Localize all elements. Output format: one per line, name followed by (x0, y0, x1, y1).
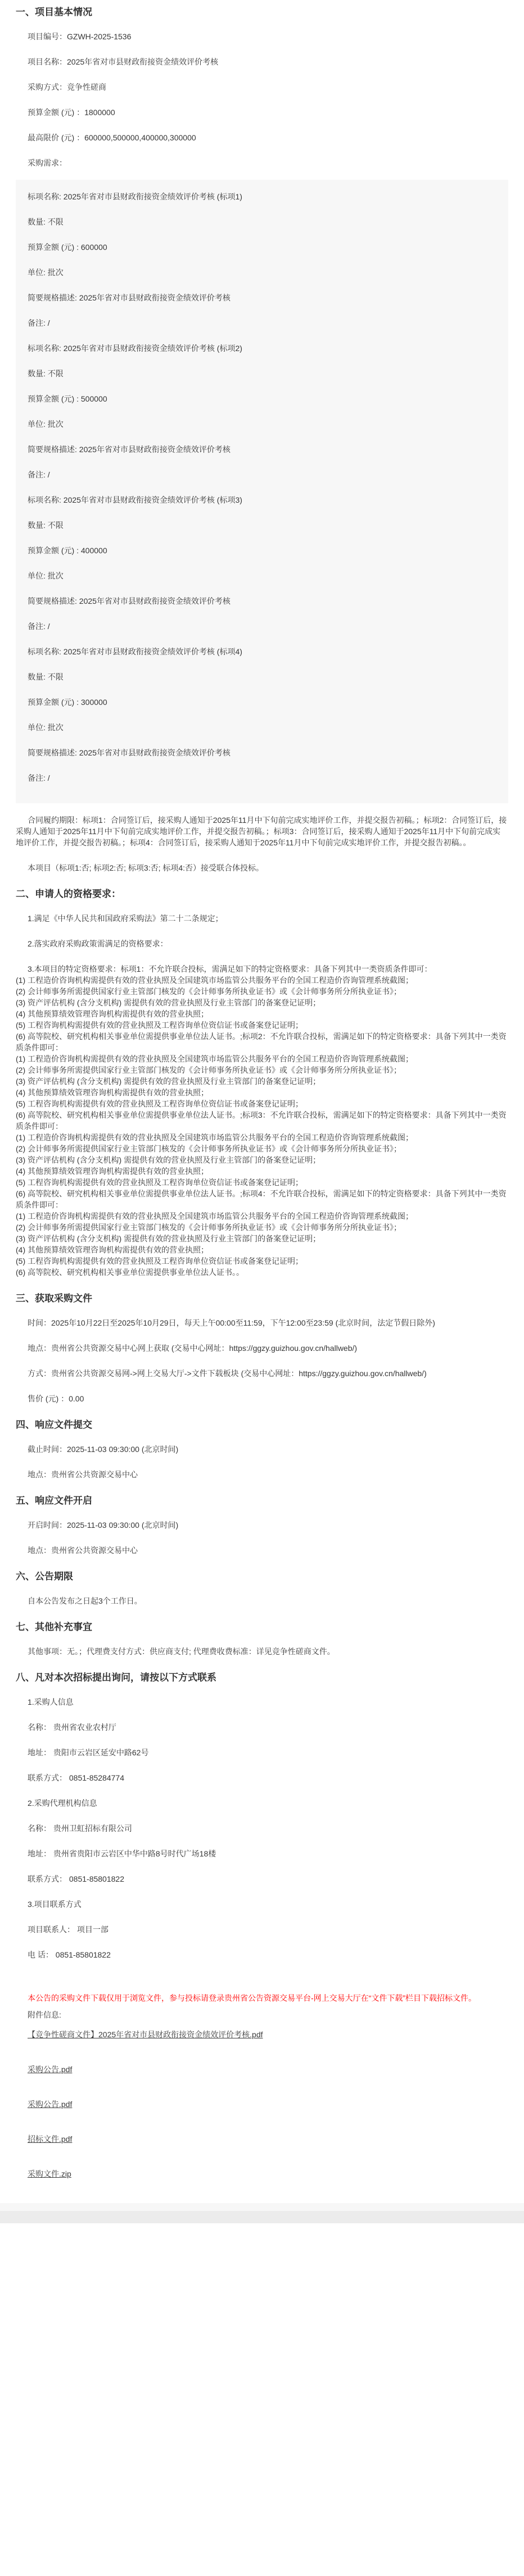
attachment-link-consultation-doc[interactable]: 【竞争性磋商文件】2025年省对市县财政衔接资金绩效评价考核.pdf (28, 2030, 263, 2039)
project-contact-label: 3.项目联系方式 (16, 1899, 508, 1910)
agent-name: 名称： 贵州卫虹招标有限公司 (16, 1823, 508, 1834)
lot-remark: 备注: / (16, 621, 508, 632)
lot-unit: 单位: 批次 (16, 267, 508, 278)
lot-remark: 备注: / (16, 772, 508, 784)
lot-block-4: 标项名称: 2025年省对市县财政衔接资金绩效评价考核 (标项4) 数量: 不限… (16, 646, 508, 784)
section-obtain-docs-heading: 三、获取采购文件 (16, 1292, 508, 1305)
obtain-time: 时间：2025年10月22日至2025年10月29日，每天上午00:00至11:… (16, 1317, 508, 1328)
agent-phone: 联系方式： 0851-85801822 (16, 1873, 508, 1885)
submission-place: 地点：贵州省公共资源交易中心 (16, 1469, 508, 1480)
obtain-place: 地点：贵州省公共资源交易中心网上获取 (交易中心网址：https://ggzy.… (16, 1342, 508, 1354)
lot-name: 标项名称: 2025年省对市县财政衔接资金绩效评价考核 (标项4) (16, 646, 508, 657)
contract-performance-period: 合同履约期限：标项1：合同签订后，接采购人通知于2025年11月中下旬前完成实地… (16, 814, 508, 848)
attachment-row: 采购公告.pdf (16, 2099, 508, 2110)
purchaser-address: 地址： 贵阳市云岩区延安中路62号 (16, 1747, 508, 1758)
obtain-method: 方式：贵州省公共资源交易网->网上交易大厅->文件下载板块 (交易中心网址：ht… (16, 1368, 508, 1379)
lot-block-2: 标项名称: 2025年省对市县财政衔接资金绩效评价考核 (标项2) 数量: 不限… (16, 343, 508, 480)
red-download-notice: 本公告的采购文件下载仅用于浏览文件，参与投标请登录贵州省公告资源交易平台-网上交… (16, 1991, 508, 2005)
announcement-period-body: 自本公告发布之日起3个工作日。 (16, 1595, 508, 1606)
lot-budget: 预算金额 (元) : 600000 (16, 242, 508, 253)
joint-bid-statement: 本项目（标项1:否; 标项2:否; 标项3:否; 标项4:否）接受联合体投标。 (16, 862, 508, 873)
attachment-row: 采购文件.zip (16, 2168, 508, 2179)
procurement-demand-label: 采购需求： (16, 157, 508, 169)
lot-quantity: 数量: 不限 (16, 368, 508, 379)
qualification-item-3: 3.本项目的特定资格要求：标项1：不允许联合投标，需满足如下的特定资格要求：具备… (16, 963, 508, 1278)
attachment-link-procurement-zip[interactable]: 采购文件.zip (28, 2169, 71, 2178)
purchaser-info-label: 1.采购人信息 (16, 1696, 508, 1708)
procurement-method: 采购方式：竞争性磋商 (16, 81, 508, 93)
max-price-limit: 最高限价 (元) ：600000,500000,400000,300000 (16, 132, 508, 143)
lot-budget: 预算金额 (元) : 500000 (16, 393, 508, 404)
project-contact-phone: 电 话： 0851-85801822 (16, 1949, 508, 1960)
section-supplementary-heading: 七、其他补充事宜 (16, 1621, 508, 1634)
lot-budget: 预算金额 (元) : 300000 (16, 697, 508, 708)
attachment-link-bidding-doc[interactable]: 招标文件.pdf (28, 2134, 72, 2143)
lots-panel: 标项名称: 2025年省对市县财政衔接资金绩效评价考核 (标项1) 数量: 不限… (16, 180, 508, 803)
lot-block-1: 标项名称: 2025年省对市县财政衔接资金绩效评价考核 (标项1) 数量: 不限… (16, 191, 508, 329)
lot-remark: 备注: / (16, 469, 508, 480)
section-submission-heading: 四、响应文件提交 (16, 1418, 508, 1432)
page-footer (0, 2203, 524, 2223)
lot-remark: 备注: / (16, 317, 508, 329)
lot-unit: 单位: 批次 (16, 418, 508, 430)
purchaser-name: 名称： 贵州省农业农村厅 (16, 1722, 508, 1733)
section-basic-heading: 一、项目基本情况 (16, 6, 508, 19)
section-contact-heading: 八、凡对本次招标提出询问，请按以下方式联系 (16, 1671, 508, 1685)
attachments-label: 附件信息: (16, 2009, 508, 2020)
budget-amount: 预算金额 (元) ：1800000 (16, 107, 508, 118)
lot-spec: 简要规格描述: 2025年省对市县财政衔接资金绩效评价考核 (16, 444, 508, 455)
lot-unit: 单位: 批次 (16, 570, 508, 581)
lot-spec: 简要规格描述: 2025年省对市县财政衔接资金绩效评价考核 (16, 595, 508, 607)
qualification-item-2: 2.落实政府采购政策需满足的资格要求： (16, 938, 508, 949)
opening-place: 地点：贵州省公共资源交易中心 (16, 1545, 508, 1556)
lot-budget: 预算金额 (元) : 400000 (16, 545, 508, 556)
lot-quantity: 数量: 不限 (16, 671, 508, 682)
attachment-row: 【竞争性磋商文件】2025年省对市县财政衔接资金绩效评价考核.pdf (16, 2029, 508, 2040)
purchaser-phone: 联系方式： 0851-85284774 (16, 1772, 508, 1783)
project-number: 项目编号：GZWH-2025-1536 (16, 31, 508, 42)
agent-address: 地址： 贵州省贵阳市云岩区中华中路8号时代广场18楼 (16, 1848, 508, 1859)
attachment-link-procurement-notice-1[interactable]: 采购公告.pdf (28, 2065, 72, 2074)
attachment-link-procurement-notice-2[interactable]: 采购公告.pdf (28, 2100, 72, 2109)
section-announcement-period-heading: 六、公告期限 (16, 1570, 508, 1583)
qualification-item-1: 1.满足《中华人民共和国政府采购法》第二十二条规定； (16, 913, 508, 924)
lot-quantity: 数量: 不限 (16, 520, 508, 531)
project-name: 项目名称：2025年省对市县财政衔接资金绩效评价考核 (16, 56, 508, 67)
submission-deadline: 截止时间：2025-11-03 09:30:00 (北京时间) (16, 1444, 508, 1455)
lot-quantity: 数量: 不限 (16, 216, 508, 227)
supplementary-body: 其他事项：无。；代理费支付方式：供应商支付; 代理费收费标准：详见竞争性磋商文件… (16, 1646, 508, 1657)
section-opening-heading: 五、响应文件开启 (16, 1494, 508, 1508)
lot-spec: 简要规格描述: 2025年省对市县财政衔接资金绩效评价考核 (16, 292, 508, 303)
attachment-row: 采购公告.pdf (16, 2064, 508, 2075)
agent-info-label: 2.采购代理机构信息 (16, 1797, 508, 1809)
lot-unit: 单位: 批次 (16, 722, 508, 733)
opening-time: 开启时间：2025-11-03 09:30:00 (北京时间) (16, 1519, 508, 1531)
project-contact-person: 项目联系人： 项目一部 (16, 1924, 508, 1935)
lot-spec: 简要规格描述: 2025年省对市县财政衔接资金绩效评价考核 (16, 747, 508, 758)
section-qualification-heading: 二、申请人的资格要求： (16, 888, 508, 901)
lot-name: 标项名称: 2025年省对市县财政衔接资金绩效评价考核 (标项1) (16, 191, 508, 202)
announcement-document: 一、项目基本情况 项目编号：GZWH-2025-1536 项目名称：2025年省… (16, 6, 508, 2223)
lot-block-3: 标项名称: 2025年省对市县财政衔接资金绩效评价考核 (标项3) 数量: 不限… (16, 494, 508, 632)
attachment-row: 招标文件.pdf (16, 2133, 508, 2145)
doc-price: 售价 (元) ：0.00 (16, 1393, 508, 1404)
lot-name: 标项名称: 2025年省对市县财政衔接资金绩效评价考核 (标项3) (16, 494, 508, 506)
lot-name: 标项名称: 2025年省对市县财政衔接资金绩效评价考核 (标项2) (16, 343, 508, 354)
